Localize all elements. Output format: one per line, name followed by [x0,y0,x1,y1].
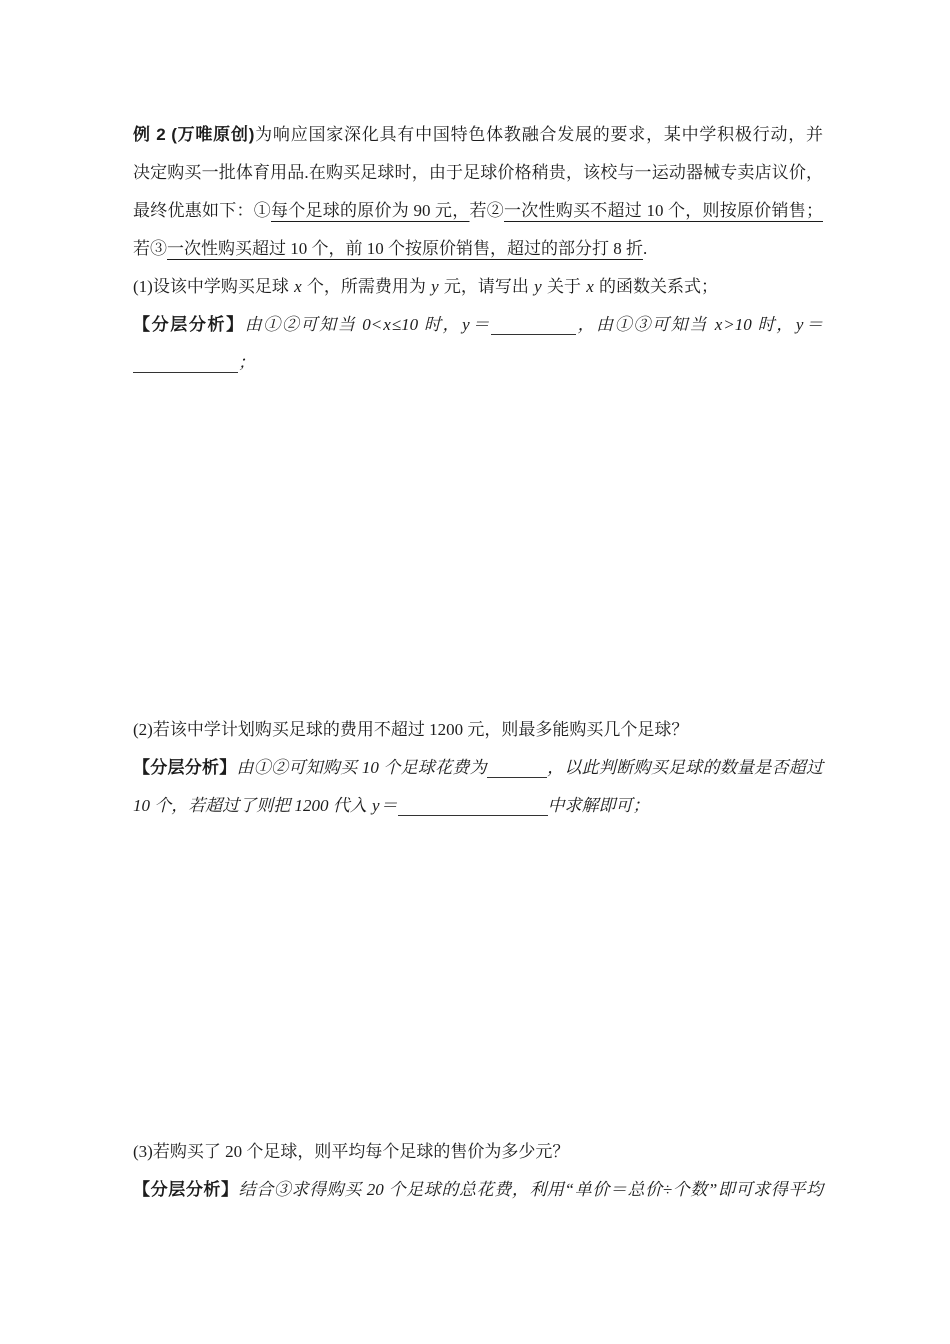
problem-text: . [643,239,647,258]
document-page: 例 2 (万唯原创)为响应国家深化具有中国特色体教融合发展的要求，某中学积极行动… [0,0,950,1344]
math-variable: y [371,796,381,815]
analysis-header: 【分层分析】 [133,1180,239,1199]
analysis-text: 中求解即可； [548,796,650,815]
analysis-text: 由①②可知当 0< [245,315,383,334]
math-variable: x [382,315,392,334]
intro-line-2: 决定购买一批体育用品.在购买足球时，由于足球价格稍贵，该校与一运动器械专卖店议价… [133,154,823,192]
section-part-3: (3)若购买了 20 个足球，则平均每个足球的售价为多少元？【分层分析】结合③求… [133,1133,823,1209]
analysis-1-line-1: 【分层分析】由①②可知当 0<x≤10 时，y＝，由①③可知当 x>10 时，y… [133,306,823,344]
question-text: 关于 [543,277,586,296]
math-variable: y [795,315,805,334]
analysis-text: 由①②可知购买 10 个足球花费为 [237,758,487,777]
answer-blank [398,801,548,816]
analysis-text: 结合③求得购买 20 个足球的总花费，利用“单价＝总价÷个数”即可求得平均 [239,1180,823,1199]
problem-text: 若② [470,201,505,220]
question-text: 的函数关系式； [595,277,718,296]
math-variable: x [585,277,595,296]
source-credit-label: (万唯原创) [166,125,255,144]
math-variable: y [461,315,471,334]
section-part-2: (2)若该中学计划购买足球的费用不超过 1200 元，则最多能购买几个足球？【分… [133,711,823,825]
intro-line-1: 例 2 (万唯原创)为响应国家深化具有中国特色体教融合发展的要求，某中学积极行动… [133,116,823,154]
answer-blank [133,358,238,373]
analysis-text: ，由①③可知当 [576,315,714,334]
underlined-condition-2: 一次性购买不超过 10 个，则按原价销售； [504,201,823,220]
math-variable: y [430,277,440,296]
analysis-text: ，以此判断购买足球的数量是否超过 [547,758,823,777]
analysis-text: >10 时， [723,315,795,334]
analysis-3-line-1: 【分层分析】结合③求得购买 20 个足球的总花费，利用“单价＝总价÷个数”即可求… [133,1171,823,1209]
math-variable: x [714,315,724,334]
section-problem-intro: 例 2 (万唯原创)为响应国家深化具有中国特色体教融合发展的要求，某中学积极行动… [133,116,823,382]
intro-line-3: 最终优惠如下：①每个足球的原价为 90 元，若②一次性购买不超过 10 个，则按… [133,192,823,230]
underlined-condition-3: 一次性购买超过 10 个，前 10 个按原价销售，超过的部分打 8 折 [167,239,643,258]
problem-text: 为响应国家深化具有中国特色体教融合发展的要求，某中学积极行动，并 [254,125,823,144]
analysis-text: ； [238,353,255,372]
example-number-label: 例 2 [133,125,166,144]
math-variable: y [533,277,543,296]
analysis-header: 【分层分析】 [133,315,245,334]
analysis-2-line-1: 【分层分析】由①②可知购买 10 个足球花费为，以此判断购买足球的数量是否超过 [133,749,823,787]
analysis-2-line-2: 10 个，若超过了则把 1200 代入 y＝中求解即可； [133,787,823,825]
question-2: (2)若该中学计划购买足球的费用不超过 1200 元，则最多能购买几个足球？ [133,711,823,749]
problem-text: 决定购买一批体育用品.在购买足球时，由于足球价格稍贵，该校与一运动器械专卖店议价… [133,163,823,182]
question-text: (2)若该中学计划购买足球的费用不超过 1200 元，则最多能购买几个足球？ [133,720,688,739]
math-variable: x [293,277,303,296]
analysis-text: ＝ [804,315,823,334]
answer-blank [491,320,576,335]
question-1: (1)设该中学购买足球 x 个，所需费用为 y 元，请写出 y 关于 x 的函数… [133,268,823,306]
intro-line-4: 若③一次性购买超过 10 个，前 10 个按原价销售，超过的部分打 8 折. [133,230,823,268]
analysis-text: 10 个，若超过了则把 1200 代入 [133,796,371,815]
problem-text: 若③ [133,239,167,258]
analysis-text: ≤10 时， [392,315,461,334]
analysis-header: 【分层分析】 [133,758,237,777]
question-3: (3)若购买了 20 个足球，则平均每个足球的售价为多少元？ [133,1133,823,1171]
analysis-1-line-2: ； [133,344,823,382]
analysis-text: ＝ [381,796,398,815]
problem-text: 最终优惠如下：① [133,201,271,220]
question-text: (3)若购买了 20 个足球，则平均每个足球的售价为多少元？ [133,1142,569,1161]
answer-blank [487,763,547,778]
question-text: 个，所需费用为 [303,277,431,296]
underlined-condition-1: 每个足球的原价为 90 元， [271,201,470,220]
analysis-text: ＝ [471,315,491,334]
question-text: 元，请写出 [440,277,534,296]
question-text: (1)设该中学购买足球 [133,277,293,296]
